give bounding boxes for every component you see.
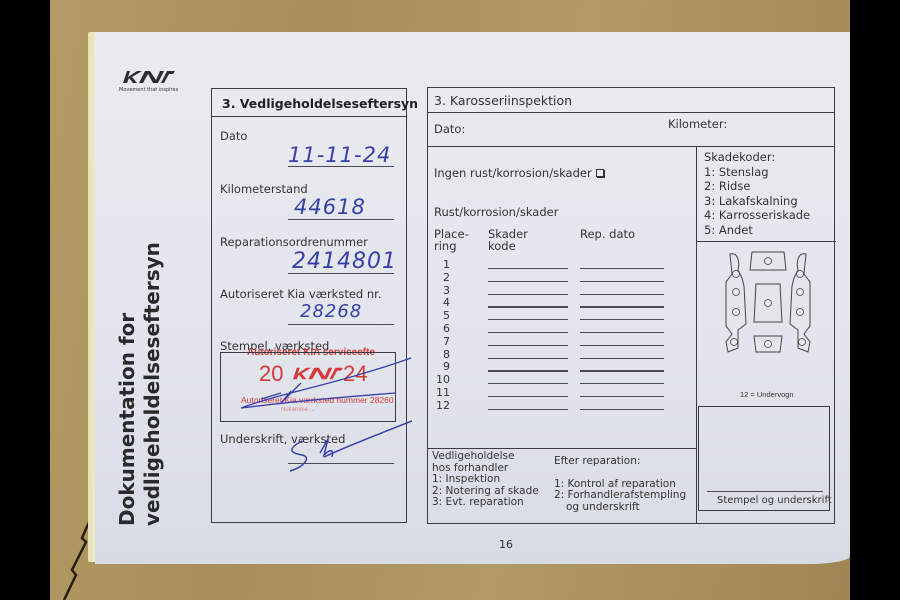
damage-code-item: 3: Lakafskalning: [704, 194, 810, 209]
damage-code-field[interactable]: [488, 319, 568, 320]
damage-code-item: 2: Ridse: [704, 179, 810, 194]
note-title1: Vedligeholdelse: [432, 451, 539, 463]
damage-code-field[interactable]: [488, 396, 568, 397]
codes-divider: [696, 241, 836, 242]
date-divider: [428, 146, 834, 147]
row-number: 10: [430, 373, 450, 386]
brand-tagline: Movement that inspires: [119, 87, 178, 93]
side-title-line1: Dokumentation for: [115, 242, 140, 526]
note-item: 3: Evt. reparation: [432, 497, 539, 509]
damage-codes-title: Skadekoder:: [704, 150, 810, 165]
after-repair-title: Efter reparation:: [554, 456, 686, 468]
rep-date-field[interactable]: [580, 358, 664, 359]
maintenance-title: 3. Vedligeholdelseseftersyn: [222, 96, 418, 111]
stamp-signature-box[interactable]: Stempel og underskrift: [698, 406, 830, 511]
rep-date-field[interactable]: [580, 345, 664, 346]
damage-code-field[interactable]: [488, 370, 568, 371]
damage-codes: Skadekoder: 1: Stenslag 2: Ridse 3: Laka…: [704, 150, 810, 237]
inspection-date-label[interactable]: Dato:: [434, 122, 465, 136]
damage-code-field[interactable]: [488, 268, 568, 269]
damage-code-item: 1: Stenslag: [704, 165, 810, 180]
damage-code-field[interactable]: [488, 281, 568, 282]
repair-order-field[interactable]: 2414801: [292, 249, 397, 274]
stamp-signature-stroke: [221, 353, 421, 423]
col-placement: Place- ring: [434, 228, 469, 252]
rep-date-field[interactable]: [580, 294, 664, 295]
rep-date-field[interactable]: [580, 396, 664, 397]
damage-code-field[interactable]: [488, 332, 568, 333]
rep-date-field[interactable]: [580, 306, 664, 307]
workshop-no-label: Autoriseret Kia værksted nr.: [220, 287, 381, 301]
no-damage-text: Ingen rust/korrosion/skader: [434, 166, 592, 180]
car-body-diagram-icon: [724, 248, 814, 360]
stamp-box[interactable]: 20 24 Autoriseret Kia værksted nummer 28…: [220, 352, 396, 422]
date-underline: [288, 166, 394, 167]
signature-underline: [288, 463, 394, 464]
stamp-signature-underline: [707, 491, 823, 492]
maintenance-note: Vedligeholdelse hos forhandler 1: Inspek…: [432, 451, 539, 509]
repair-order-underline: [288, 273, 394, 274]
damage-code-field[interactable]: [488, 345, 568, 346]
date-label: Dato: [220, 129, 247, 143]
row-number: 3: [430, 284, 450, 297]
damage-code-field[interactable]: [488, 306, 568, 307]
kia-logo-icon: [123, 70, 175, 84]
title-divider: [428, 112, 834, 113]
rep-date-field[interactable]: [580, 332, 664, 333]
row-number: 2: [430, 271, 450, 284]
no-damage-label: Ingen rust/korrosion/skader: [434, 166, 604, 180]
rep-date-field[interactable]: [580, 409, 664, 410]
diagram-caption: 12 = Undervogn: [740, 390, 794, 399]
row-number: 5: [430, 309, 450, 322]
note-item: 1: Inspektion: [432, 474, 539, 486]
row-number: 11: [430, 386, 450, 399]
no-damage-checkbox[interactable]: [596, 169, 604, 177]
workshop-no-underline: [288, 324, 394, 325]
row-number: 9: [430, 360, 450, 373]
booklet-page: Movement that inspires Dokumentation for…: [95, 32, 850, 564]
row-number: 6: [430, 322, 450, 335]
rep-date-field[interactable]: [580, 383, 664, 384]
repair-order-label: Reparationsordrenummer: [220, 235, 368, 249]
date-field[interactable]: 11-11-24: [288, 143, 391, 167]
damage-code-field[interactable]: [488, 409, 568, 410]
damage-code-field[interactable]: [488, 358, 568, 359]
rep-date-field[interactable]: [580, 319, 664, 320]
workshop-no-field[interactable]: 28268: [300, 301, 362, 322]
row-number: 7: [430, 335, 450, 348]
mileage-field[interactable]: 44618: [294, 195, 366, 219]
damage-code-item: 4: Karrosseriskade: [704, 208, 810, 223]
col-rep-date: Rep. dato: [580, 227, 635, 241]
body-inspection-title: 3. Karosseriinspektion: [434, 93, 572, 108]
side-title-line2: vedligeholdelseseftersyn: [140, 242, 165, 526]
damage-code-field[interactable]: [488, 383, 568, 384]
row-number: 8: [430, 348, 450, 361]
damage-label: Rust/korrosion/skader: [434, 205, 558, 219]
after-repair-item: og underskrift: [554, 502, 686, 514]
signature-field[interactable]: [282, 419, 412, 479]
maintenance-form: 3. Vedligeholdelseseftersyn Dato 11-11-2…: [211, 88, 407, 523]
row-number: 1: [430, 258, 450, 271]
row-number: 12: [430, 399, 450, 412]
rep-date-field[interactable]: [580, 268, 664, 269]
after-repair-item: 2: Forhandlerafstempling: [554, 490, 686, 502]
rep-date-field[interactable]: [580, 281, 664, 282]
after-repair-note: Efter reparation: 1: Kontrol af reparati…: [554, 456, 686, 513]
stamp-signature-label: Stempel og underskrift: [717, 495, 832, 506]
inspection-km-label[interactable]: Kilometer:: [668, 117, 727, 131]
row-number: 4: [430, 296, 450, 309]
damage-code-field[interactable]: [488, 294, 568, 295]
mileage-underline: [288, 219, 394, 220]
damage-code-item: 5: Andet: [704, 223, 810, 238]
side-title: Dokumentation for vedligeholdelsesefters…: [115, 242, 165, 526]
page-number: 16: [499, 538, 513, 551]
mileage-label: Kilometerstand: [220, 182, 308, 196]
title-divider: [212, 116, 406, 117]
col-damage-code: Skader kode: [488, 228, 528, 252]
body-inspection-form: 3. Karosseriinspektion Dato: Kilometer: …: [427, 87, 835, 524]
rep-date-field[interactable]: [580, 370, 664, 371]
